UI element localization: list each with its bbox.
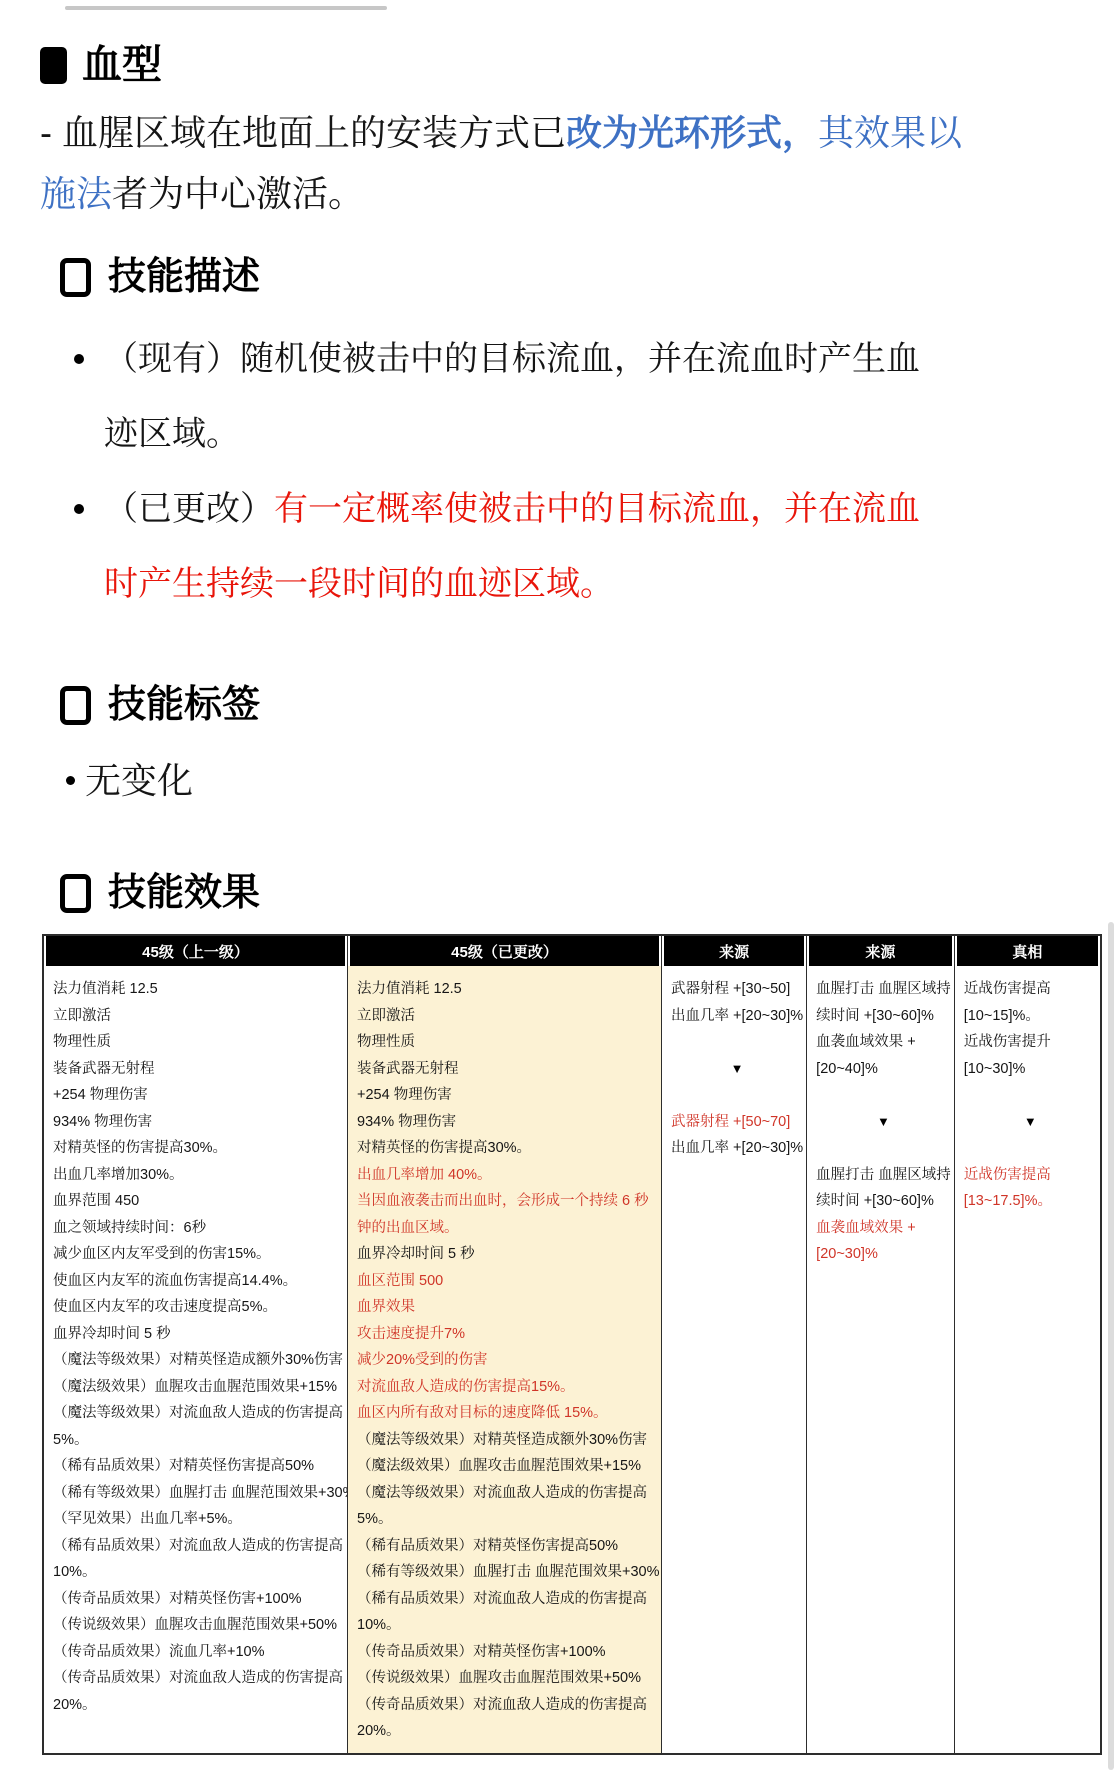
change-arrow-icon: ▼ [671, 1056, 803, 1083]
table-cell-line: 血界范围 450 [53, 1188, 344, 1215]
text-line: - 血腥区域在地面上的安装方式已改为光环形式，其效果以 [40, 102, 1116, 163]
table-cell-line: +254 物理伤害 [53, 1082, 344, 1109]
table-column-source-2: 来源血腥打击 血腥区域持续时间 +[30~60]%血袭血域效果 +[20~40]… [806, 936, 954, 1753]
table-cell: 法力值消耗 12.5立即激活物理性质装备武器无射程+254 物理伤害934% 物… [44, 966, 347, 1753]
scrollbar-thumb[interactable] [1108, 922, 1114, 1770]
table-cell-line: （稀有品质效果）对精英怪伤害提高50% [53, 1453, 344, 1480]
table-cell-line: 出血几率 +[20~30]% [671, 1135, 803, 1162]
table-cell-line: （魔法等级效果）对流血敌人造成的伤害提高 [357, 1480, 658, 1507]
table-cell-line: 使血区内友军的流血伤害提高14.4%。 [53, 1268, 344, 1295]
patch-notes-page: 血型 - 血腥区域在地面上的安装方式已改为光环形式，其效果以施法者为中心激活。 … [0, 0, 1116, 1782]
table-cell-line: [10~30]% [964, 1056, 1097, 1083]
text-segment: - 血腥区域在地面上的安装方式已 [40, 112, 566, 153]
table-cell-line: 当因血液袭击而出血时，会形成一个持续 6 秒 [357, 1188, 658, 1215]
text-line: 施法者为中心激活。 [40, 163, 1116, 224]
list-item: （现有）随机使被击中的目标流血，并在流血时产生血迹区域。 [74, 322, 1116, 472]
table-cell-line: （魔法等级效果）对流血敌人造成的伤害提高 [53, 1400, 344, 1427]
text-line: （现有）随机使被击中的目标流血，并在流血时产生血 [104, 322, 920, 397]
table-cell-line: （稀有等级效果）血腥打击 血腥范围效果+30% [53, 1480, 344, 1507]
table-cell-line: （魔法等级效果）对精英怪造成额外30%伤害 [357, 1427, 658, 1454]
text-segment: （已更改） [104, 490, 274, 528]
table-cell-line: （稀有品质效果）对流血敌人造成的伤害提高 [357, 1586, 658, 1613]
text-segment: 时产生持续一段时间的血迹区域。 [104, 565, 614, 603]
text-line: 迹区域。 [104, 397, 920, 472]
table-cell-line: 减少血区内友军受到的伤害15%。 [53, 1241, 344, 1268]
intro-paragraph: - 血腥区域在地面上的安装方式已改为光环形式，其效果以施法者为中心激活。 [40, 102, 1116, 224]
blank-line [816, 1082, 951, 1109]
skill-tags-list: 无变化 [60, 746, 1116, 816]
table-cell-line: 血腥打击 血腥区域持 [816, 976, 951, 1003]
table-column-changed: 45级（已更改）法力值消耗 12.5立即激活物理性质装备武器无射程+254 物理… [347, 936, 661, 1753]
table-cell-line: 攻击速度提升7% [357, 1321, 658, 1348]
table-cell-line: 对精英怪的伤害提高30%。 [357, 1135, 658, 1162]
text-segment: （现有）随机使被击中的目标流血，并在流血时产生血 [104, 340, 920, 378]
table-cell-line: 出血几率增加 40%。 [357, 1162, 658, 1189]
table-cell-line: 武器射程 +[30~50] [671, 976, 803, 1003]
table-cell-line: （传奇品质效果）对精英怪伤害+100% [53, 1586, 344, 1613]
table-cell-line: 20%。 [357, 1718, 658, 1745]
table-cell-line: 装备武器无射程 [53, 1056, 344, 1083]
table-cell-line: （传奇品质效果）对流血敌人造成的伤害提高 [53, 1665, 344, 1692]
section-skill-tags: 技能标签 无变化 [60, 680, 1116, 816]
table-cell-line: 续时间 +[30~60]% [816, 1003, 951, 1030]
table-cell-line: 血袭血域效果 + [816, 1215, 951, 1242]
table-header-cell: 45级（上一级） [46, 936, 345, 966]
bullet-dot-icon [74, 504, 84, 514]
table-cell-line: [20~30]% [816, 1241, 951, 1268]
list-item-text: 无变化 [85, 746, 193, 816]
table-column-truth: 真相近战伤害提高[10~15]%。近战伤害提升[10~30]% ▼ 近战伤害提高… [954, 936, 1100, 1753]
table-cell-line: 法力值消耗 12.5 [53, 976, 344, 1003]
table-cell-line: +254 物理伤害 [357, 1082, 658, 1109]
table-cell-line: 物理性质 [53, 1029, 344, 1056]
table-cell-line: （稀有品质效果）对精英怪伤害提高50% [357, 1533, 658, 1560]
table-cell-line: 血袭血域效果 + [816, 1029, 951, 1056]
table-cell-line: 近战伤害提高 [964, 976, 1097, 1003]
table-header-cell: 来源 [664, 936, 804, 966]
table-cell-line: 对精英怪的伤害提高30%。 [53, 1135, 344, 1162]
table-cell-line: （传奇品质效果）对精英怪伤害+100% [357, 1639, 658, 1666]
table-cell-line: （魔法级效果）血腥攻击血腥范围效果+15% [53, 1374, 344, 1401]
section-skill-effects: 技能效果 [60, 868, 1116, 918]
table-cell-line: 使血区内友军的攻击速度提高5%。 [53, 1294, 344, 1321]
outline-square-bullet-icon [60, 874, 91, 913]
text-segment: 者为中心激活。 [112, 173, 364, 214]
section-heading: 技能描述 [60, 252, 1116, 302]
bullet-dot-icon [66, 776, 75, 785]
table-cell: 血腥打击 血腥区域持续时间 +[30~60]%血袭血域效果 +[20~40]% … [807, 966, 954, 1753]
section-heading: 技能效果 [60, 868, 1116, 918]
table-cell-line: 续时间 +[30~60]% [816, 1188, 951, 1215]
table-cell-line: （稀有等级效果）血腥打击 血腥范围效果+30% [357, 1559, 658, 1586]
blank-line [671, 1082, 803, 1109]
table-cell-line: 10%。 [53, 1559, 344, 1586]
table-cell-line: 减少20%受到的伤害 [357, 1347, 658, 1374]
list-item: （已更改）有一定概率使被击中的目标流血，并在流血时产生持续一段时间的血迹区域。 [74, 472, 1116, 622]
table-cell-line: （传说级效果）血腥攻击血腥范围效果+50% [53, 1612, 344, 1639]
table-cell-line: 对流血敌人造成的伤害提高15%。 [357, 1374, 658, 1401]
list-item-text: （已更改）有一定概率使被击中的目标流血，并在流血时产生持续一段时间的血迹区域。 [104, 472, 920, 622]
blank-line [671, 1029, 803, 1056]
table-cell-line: 出血几率增加30%。 [53, 1162, 344, 1189]
text-line: 无变化 [85, 746, 193, 816]
text-segment: 无变化 [85, 760, 193, 801]
table-cell-line: 20%。 [53, 1692, 344, 1719]
text-segment: 改为光环形式， [566, 112, 818, 153]
top-divider [65, 6, 387, 10]
table-cell-line: （稀有品质效果）对流血敌人造成的伤害提高 [53, 1533, 344, 1560]
change-arrow-icon: ▼ [964, 1109, 1097, 1136]
blank-line [964, 1135, 1097, 1162]
section-heading: 技能标签 [60, 680, 1116, 730]
text-segment: 施法 [40, 173, 112, 214]
list-item-text: （现有）随机使被击中的目标流血，并在流血时产生血迹区域。 [104, 322, 920, 472]
list-item: 无变化 [66, 746, 1116, 816]
table-cell-line: 近战伤害提升 [964, 1029, 1097, 1056]
table-cell-line: 装备武器无射程 [357, 1056, 658, 1083]
table-cell-line: 934% 物理伤害 [53, 1109, 344, 1136]
blank-line [964, 1082, 1097, 1109]
table-cell-line: （魔法等级效果）对精英怪造成额外30%伤害 [53, 1347, 344, 1374]
filled-square-bullet-icon [40, 47, 67, 84]
table-cell-line: 立即激活 [53, 1003, 344, 1030]
table-cell-line: 血之领域持续时间：6秒 [53, 1215, 344, 1242]
table-cell-line: 血界冷却时间 5 秒 [357, 1241, 658, 1268]
table-column-prev-level: 45级（上一级）法力值消耗 12.5立即激活物理性质装备武器无射程+254 物理… [44, 936, 347, 1753]
table-header-cell: 来源 [809, 936, 952, 966]
text-line: （已更改）有一定概率使被击中的目标流血，并在流血 [104, 472, 920, 547]
page-title: 血型 [40, 42, 1116, 88]
table-cell-line: [10~15]%。 [964, 1003, 1097, 1030]
section-skill-description: 技能描述 （现有）随机使被击中的目标流血，并在流血时产生血迹区域。（已更改）有一… [60, 252, 1116, 622]
bullet-dot-icon [74, 354, 84, 364]
text-segment: 其效果以 [818, 112, 962, 153]
table-cell-line: 武器射程 +[50~70] [671, 1109, 803, 1136]
table-cell-line: 血界冷却时间 5 秒 [53, 1321, 344, 1348]
table-cell-line: （传奇品质效果）流血几率+10% [53, 1639, 344, 1666]
outline-square-bullet-icon [60, 258, 91, 297]
table-cell-line: 5%。 [357, 1506, 658, 1533]
outline-square-bullet-icon [60, 686, 91, 725]
page-title-text: 血型 [82, 42, 162, 88]
table-cell-line: 5%。 [53, 1427, 344, 1454]
section-heading-text: 技能效果 [108, 868, 260, 918]
table-cell-line: 法力值消耗 12.5 [357, 976, 658, 1003]
table-cell-line: （传说级效果）血腥攻击血腥范围效果+50% [357, 1665, 658, 1692]
table-cell-line: 血区范围 500 [357, 1268, 658, 1295]
table-cell-line: 10%。 [357, 1612, 658, 1639]
table-cell-line: 出血几率 +[20~30]% [671, 1003, 803, 1030]
text-line: 时产生持续一段时间的血迹区域。 [104, 547, 920, 622]
blank-line [816, 1135, 951, 1162]
text-segment: 有一定概率使被击中的目标流血，并在流血 [274, 490, 920, 528]
table-cell: 武器射程 +[30~50]出血几率 +[20~30]% ▼ 武器射程 +[50~… [662, 966, 806, 1753]
table-column-source-1: 来源武器射程 +[30~50]出血几率 +[20~30]% ▼ 武器射程 +[5… [661, 936, 806, 1753]
table-cell-line: [13~17.5]%。 [964, 1188, 1097, 1215]
table-cell-line: [20~40]% [816, 1056, 951, 1083]
section-heading-text: 技能标签 [108, 680, 260, 730]
table-header-cell: 45级（已更改） [350, 936, 659, 966]
table-cell-line: （魔法级效果）血腥攻击血腥范围效果+15% [357, 1453, 658, 1480]
change-arrow-icon: ▼ [816, 1109, 951, 1136]
table-cell-line: 血腥打击 血腥区域持 [816, 1162, 951, 1189]
table-cell-line: （传奇品质效果）对流血敌人造成的伤害提高 [357, 1692, 658, 1719]
table-cell-line: 934% 物理伤害 [357, 1109, 658, 1136]
table-cell-line: 血区内所有敌对目标的速度降低 15%。 [357, 1400, 658, 1427]
skill-effects-table: 45级（上一级）法力值消耗 12.5立即激活物理性质装备武器无射程+254 物理… [42, 934, 1102, 1755]
text-segment: 迹区域。 [104, 415, 240, 453]
table-cell-line: 血界效果 [357, 1294, 658, 1321]
table-cell-line: （罕见效果）出血几率+5%。 [53, 1506, 344, 1533]
section-heading-text: 技能描述 [108, 252, 260, 302]
table-cell: 近战伤害提高[10~15]%。近战伤害提升[10~30]% ▼ 近战伤害提高[1… [955, 966, 1100, 1753]
table-cell-line: 物理性质 [357, 1029, 658, 1056]
table-cell-line: 立即激活 [357, 1003, 658, 1030]
skill-description-list: （现有）随机使被击中的目标流血，并在流血时产生血迹区域。（已更改）有一定概率使被… [60, 322, 1116, 622]
table-header-cell: 真相 [957, 936, 1098, 966]
table-cell: 法力值消耗 12.5立即激活物理性质装备武器无射程+254 物理伤害934% 物… [348, 966, 661, 1753]
table-cell-line: 近战伤害提高 [964, 1162, 1097, 1189]
table-cell-line: 钟的出血区域。 [357, 1215, 658, 1242]
